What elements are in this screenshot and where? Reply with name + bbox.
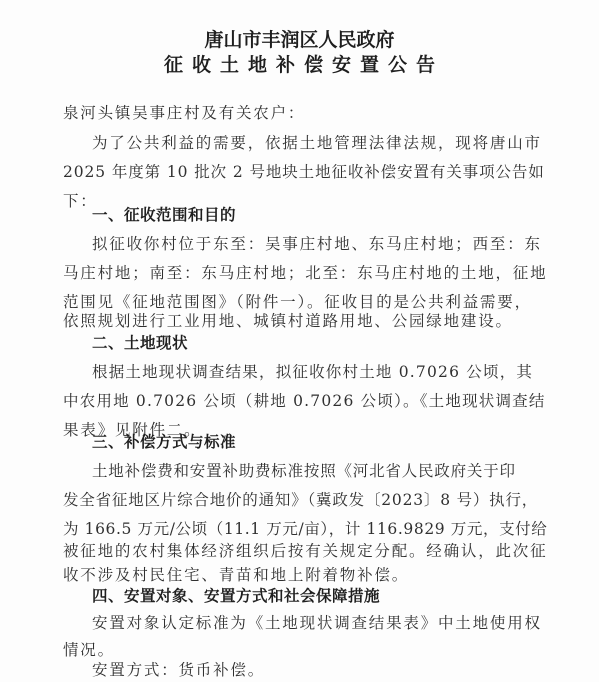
- body-line: 拟征收你村位于东至：吴事庄村地、东马庄村地；西至：东: [92, 234, 562, 254]
- body-line: 情况。: [63, 640, 533, 660]
- section-heading: 一、征收范围和目的: [92, 205, 562, 225]
- announcement-title: 征收土地补偿安置公告: [0, 50, 599, 77]
- announcement-page: 唐山市丰润区人民政府 征收土地补偿安置公告 泉河头镇吴事庄村及有关农户： 为了公…: [0, 0, 599, 682]
- salutation: 泉河头镇吴事庄村及有关农户：: [63, 103, 533, 123]
- section-heading: 三、补偿方式与标准: [92, 432, 562, 452]
- body-line: 被征地的农村集体经济组织后按有关规定分配。经确认，此次征: [63, 541, 533, 561]
- body-line: 安置对象认定标准为《土地现状调查结果表》中土地使用权: [92, 613, 562, 633]
- body-line: 收不涉及村民住宅、青苗和地上附着物补偿。: [63, 565, 533, 585]
- intro-line: 为了公共利益的需要，依据土地管理法律法规，现将唐山市: [92, 133, 562, 153]
- body-line: 根据土地现状调查结果，拟征收你村土地 0.7026 公顷，其: [92, 362, 562, 382]
- section-heading: 四、安置对象、安置方式和社会保障措施: [92, 586, 562, 606]
- body-line: 土地补偿费和安置补助费标准按照《河北省人民政府关于印: [92, 461, 562, 481]
- section-heading: 二、土地现状: [92, 333, 562, 353]
- intro-line: 2025 年度第 10 批次 2 号地块土地征收补偿安置有关事项公告如: [63, 162, 533, 182]
- body-line: 马庄村地；南至：东马庄村地；北至：东马庄村地的土地，征地: [63, 263, 533, 283]
- body-line: 为 166.5 万元/公顷（11.1 万元/亩），计 116.9829 万元，支…: [63, 519, 533, 539]
- body-line: 安置方式：货币补偿。: [92, 660, 562, 680]
- body-line: 中农用地 0.7026 公顷（耕地 0.7026 公顷）。《土地现状调查结: [63, 391, 533, 411]
- body-line: 范围见《征地范围图》（附件一）。征收目的是公共利益需要，: [63, 292, 533, 312]
- body-line: 依照规划进行工业用地、城镇村道路用地、公园绿地建设。: [63, 311, 533, 331]
- body-line: 发全省征地区片综合地价的通知》（冀政发〔2023〕8 号）执行，: [63, 490, 533, 510]
- issuer-title: 唐山市丰润区人民政府: [0, 25, 599, 52]
